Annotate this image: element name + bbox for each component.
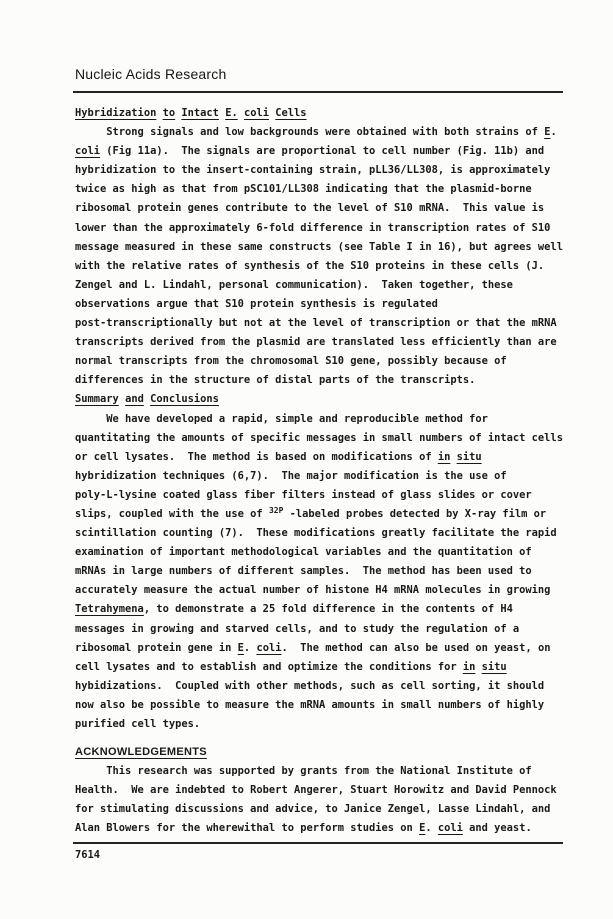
journal-header: Nucleic Acids Research — [75, 66, 573, 93]
text-line: mRNAs in large numbers of different samp… — [75, 562, 573, 581]
page-footer: 7614 — [75, 842, 573, 865]
text-line: slips, coupled with the use of 32P -labe… — [75, 505, 573, 524]
text-line: lower than the approximately 6-fold diff… — [75, 219, 573, 238]
text-line: scintillation counting (7). These modifi… — [75, 524, 573, 543]
text-line: We have developed a rapid, simple and re… — [75, 410, 573, 429]
journal-title: Nucleic Acids Research — [75, 66, 573, 82]
text-line: observations argue that S10 protein synt… — [75, 295, 573, 314]
document-body: Hybridization to Intact E. coli Cells St… — [75, 104, 573, 839]
text-line: examination of important methodological … — [75, 543, 573, 562]
text-line: hybridization techniques (6,7). The majo… — [75, 467, 573, 486]
text-line: accurately measure the actual number of … — [75, 581, 573, 600]
text-line: hybidizations. Coupled with other method… — [75, 677, 573, 696]
text-line: ribosomal protein genes contribute to th… — [75, 199, 573, 218]
text-line: cell lysates and to establish and optimi… — [75, 658, 573, 677]
text-line: hybridization to the insert-containing s… — [75, 161, 573, 180]
text-line: post-transcriptionally but not at the le… — [75, 314, 573, 333]
text-line: message measured in these same construct… — [75, 238, 573, 257]
text-line: transcripts derived from the plasmid are… — [75, 333, 573, 352]
text-line: ribosomal protein gene in E. coli. The m… — [75, 639, 573, 658]
text-line: differences in the structure of distal p… — [75, 371, 573, 390]
text-line: poly-L-lysine coated glass fiber filters… — [75, 486, 573, 505]
text-line: purified cell types. — [75, 715, 573, 734]
document-section: Summary and Conclusions We have develope… — [75, 390, 573, 734]
text-line: quantitating the amounts of specific mes… — [75, 429, 573, 448]
scanned-page: Nucleic Acids Research Hybridization to … — [0, 0, 613, 919]
text-line: for stimulating discussions and advice, … — [75, 800, 573, 819]
header-rule — [73, 91, 563, 93]
text-line: normal transcripts from the chromosomal … — [75, 352, 573, 371]
text-line: Alan Blowers for the wherewithal to perf… — [75, 819, 573, 838]
document-section: Hybridization to Intact E. coli Cells St… — [75, 104, 573, 390]
text-line: Tetrahymena, to demonstrate a 25 fold di… — [75, 600, 573, 619]
text-line: coli (Fig 11a). The signals are proporti… — [75, 142, 573, 161]
text-line: Health. We are indebted to Robert Angere… — [75, 781, 573, 800]
text-line: or cell lysates. The method is based on … — [75, 448, 573, 467]
text-line: messages in growing and starved cells, a… — [75, 620, 573, 639]
text-line: twice as high as that from pSC101/LL308 … — [75, 180, 573, 199]
page-number: 7614 — [75, 846, 573, 865]
section-heading: Summary and Conclusions — [75, 390, 573, 409]
text-line: This research was supported by grants fr… — [75, 762, 573, 781]
document-section: ACKNOWLEDGEMENTS This research was suppo… — [75, 743, 573, 838]
section-heading: Hybridization to Intact E. coli Cells — [75, 104, 573, 123]
section-heading: ACKNOWLEDGEMENTS — [75, 743, 573, 762]
text-line: Strong signals and low backgrounds were … — [75, 123, 573, 142]
text-line: now also be possible to measure the mRNA… — [75, 696, 573, 715]
text-line: with the relative rates of synthesis of … — [75, 257, 573, 276]
footer-rule — [73, 842, 563, 844]
text-line: Zengel and L. Lindahl, personal communic… — [75, 276, 573, 295]
